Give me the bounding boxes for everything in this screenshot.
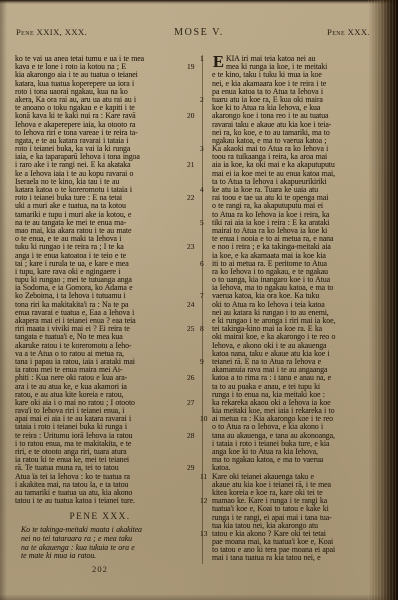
verse-number: 11: [200, 473, 211, 481]
verse-number: 13: [200, 530, 211, 538]
text-line: tatou i te au tuatua katoa i teianei tur…: [15, 497, 185, 505]
running-head-right: Pene XXX.: [210, 27, 370, 37]
page-top-edge: [0, 0, 398, 4]
verse-number: 5: [200, 219, 211, 227]
chapter-heading: PENE XXX.: [15, 512, 185, 522]
verse-number: 4: [200, 186, 211, 194]
verse-number: 9: [200, 358, 211, 366]
text-line-content: tatou i te au tuatua katoa i teianei tur…: [15, 496, 135, 505]
book-spine-edge: [368, 0, 398, 600]
book-page: Pene XXIX, XXX. MOSE V. Pene XXX. ko te …: [0, 0, 398, 600]
right-text-column: E KIA iri mai teia katoa nei au1mea ki r…: [212, 55, 370, 563]
verse-number: 2: [200, 96, 211, 104]
verse-number: 7: [200, 292, 211, 300]
verse-number: 6: [200, 260, 211, 268]
page-bottom-edge: [0, 594, 398, 600]
verse-number: 24: [187, 301, 203, 309]
summary-line: te mate ki mua ia ratou.: [21, 552, 179, 561]
verse-number: 28: [187, 432, 203, 440]
right-column-lines: KIA iri mai teia katoa nei au1mea ki run…: [212, 55, 370, 563]
verse-number: 3: [200, 145, 211, 153]
verse-number: 26: [187, 374, 203, 382]
page-number: 202: [15, 564, 185, 574]
text-line: ma to ngakau katoa, e ma to vaerua: [212, 456, 370, 464]
verse-number: 8: [200, 325, 211, 333]
verse-number: 1: [200, 55, 211, 63]
verse-number: 21: [187, 161, 203, 169]
verse-number: 23: [187, 243, 203, 251]
verse-number: 27: [187, 399, 203, 407]
text-line-content: mai i tana tuatua ra kia tatou nei, e: [212, 553, 320, 562]
left-text-column: ko te vai ua anea tetai tumu e ua i te m…: [15, 55, 185, 561]
verse-number: 22: [187, 194, 203, 202]
verse-number: 10: [200, 415, 211, 423]
verse-number: 19: [187, 63, 203, 71]
chapter-summary: Ko te takinga-meitaki maata i akakiteane…: [15, 526, 185, 560]
column-divider-rule: [202, 55, 203, 564]
left-column-lines: ko te vai ua anea tetai tumu e ua i te m…: [15, 55, 185, 505]
verse-number: 20: [187, 112, 203, 120]
verse-number: 12: [200, 497, 211, 505]
page-left-edge: [0, 0, 7, 600]
text-line: mai i tana tuatua ra kia tatou nei, e: [212, 554, 370, 562]
